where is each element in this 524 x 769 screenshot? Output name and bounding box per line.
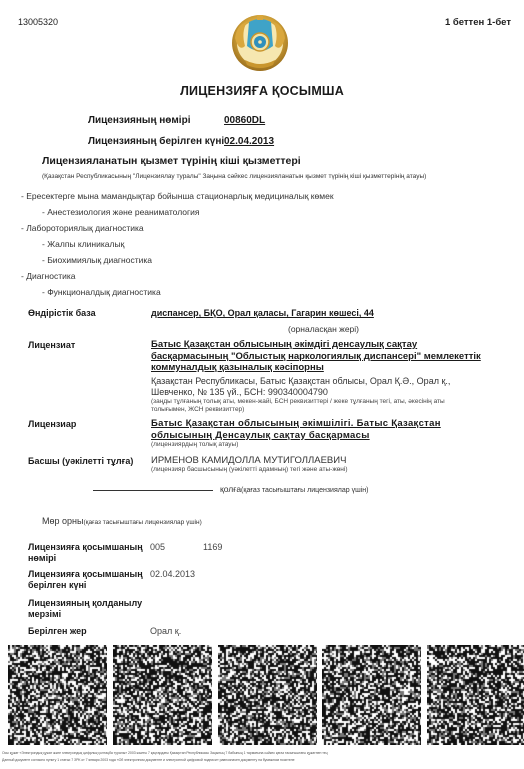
licensee-block: Батыс Қазақстан облысының әкімдігі денса… — [151, 339, 481, 414]
licensee-label: Лицензиат — [28, 340, 75, 350]
license-date-label: Лицензияның берілген күні — [88, 136, 224, 147]
licensee-note: (заңды тұлғаның толық аты, мекен-жайі, Б… — [151, 398, 481, 414]
activity-item: - Функционалдық диагностика — [42, 287, 161, 297]
signature-text: қолға — [220, 484, 241, 494]
activity-item: - Анестезиология және реаниматология — [42, 207, 199, 217]
signature-line — [93, 490, 213, 491]
appendix-number-label: Лицензияға қосымшаның нөмірі — [28, 542, 146, 564]
head-label: Басшы (уәкілетті тұлға) — [28, 456, 133, 466]
licensor-label: Лицензиар — [28, 419, 76, 429]
document-number: 13005320 — [18, 17, 58, 27]
barcode-icon — [322, 645, 421, 745]
production-base-value: диспансер, БҚО, Орал қаласы, Гагарин көш… — [151, 308, 481, 319]
barcode-icon — [427, 645, 524, 745]
licensor-name: Батыс Қазақстан облысының әкімшілігі. Ба… — [151, 418, 481, 441]
license-number-value: 00860DL — [224, 115, 265, 126]
signature-note: (қағаз тасығыштағы лицензиялар үшін) — [241, 487, 368, 494]
footer-russian: Данный документ согласно пункту 1 статьи… — [2, 758, 295, 762]
seal-note: (қағаз тасығыштағы лицензиялар үшін) — [83, 519, 201, 526]
barcode-icon — [218, 645, 317, 745]
head-note: (лицензияр басшысының (уәкілетті адамның… — [151, 466, 481, 474]
license-date-value: 02.04.2013 — [224, 136, 274, 147]
appendix-date-value: 02.04.2013 — [150, 569, 195, 579]
license-number-label: Лицензияның нөмірі — [88, 115, 190, 126]
seal-label: Мөр орны — [42, 516, 83, 526]
licensor-note: (лицензиярдың толық атауы) — [151, 441, 481, 449]
activity-item: - Жалпы клиникалық — [42, 239, 124, 249]
licensee-name: Батыс Қазақстан облысының әкімдігі денса… — [151, 339, 481, 374]
seal-place: Мөр орны(қағаз тасығыштағы лицензиялар ү… — [42, 516, 202, 526]
activity-item: - Диагностика — [21, 271, 75, 281]
appendix-date-label: Лицензияға қосымшаның берілген күні — [28, 569, 146, 591]
production-base-label: Өндірістік база — [28, 308, 96, 318]
head-block: ИРМЕНОВ КАМИДОЛЛА МУТИГОЛЛАЕВИЧ (лицензи… — [151, 455, 481, 474]
licensee-address: Қазақстан Республикасы, Батыс Қазақстан … — [151, 376, 481, 398]
appendix-number-value: 005 — [150, 542, 165, 552]
barcode-icon — [8, 645, 107, 745]
page-title: ЛИЦЕНЗИЯҒА ҚОСЫМША — [0, 84, 524, 98]
appendix-number-extra: 1169 — [203, 542, 222, 552]
barcode-icon — [113, 645, 212, 745]
activity-item: - Лабороториялық диагностика — [21, 223, 144, 233]
place-value: Орал қ. — [150, 626, 181, 636]
place-label: Берілген жер — [28, 626, 146, 637]
activities-title: Лицензияланатын қызмет түрінің кіші қызм… — [42, 155, 301, 167]
head-name: ИРМЕНОВ КАМИДОЛЛА МУТИГОЛЛАЕВИЧ — [151, 455, 481, 466]
footer-kazakh: Осы құжат «Электрондық құжат және электр… — [2, 751, 328, 755]
production-base-note: (орналасқан жері) — [288, 324, 359, 335]
activities-note: (Қазақстан Республикасының "Лицензиялау … — [42, 173, 426, 180]
state-emblem-icon — [227, 12, 293, 74]
licensor-block: Батыс Қазақстан облысының әкімшілігі. Ба… — [151, 418, 481, 449]
validity-label: Лицензияның қолданылу мерзімі — [28, 598, 146, 620]
page-count: 1 беттен 1-бет — [445, 17, 511, 28]
signature-label: қолға(қағаз тасығыштағы лицензиялар үшін… — [220, 484, 368, 494]
activity-item: - Ересектерге мына мамандықтар бойынша с… — [21, 191, 334, 201]
activity-item: - Биохимиялық диагностика — [42, 255, 152, 265]
